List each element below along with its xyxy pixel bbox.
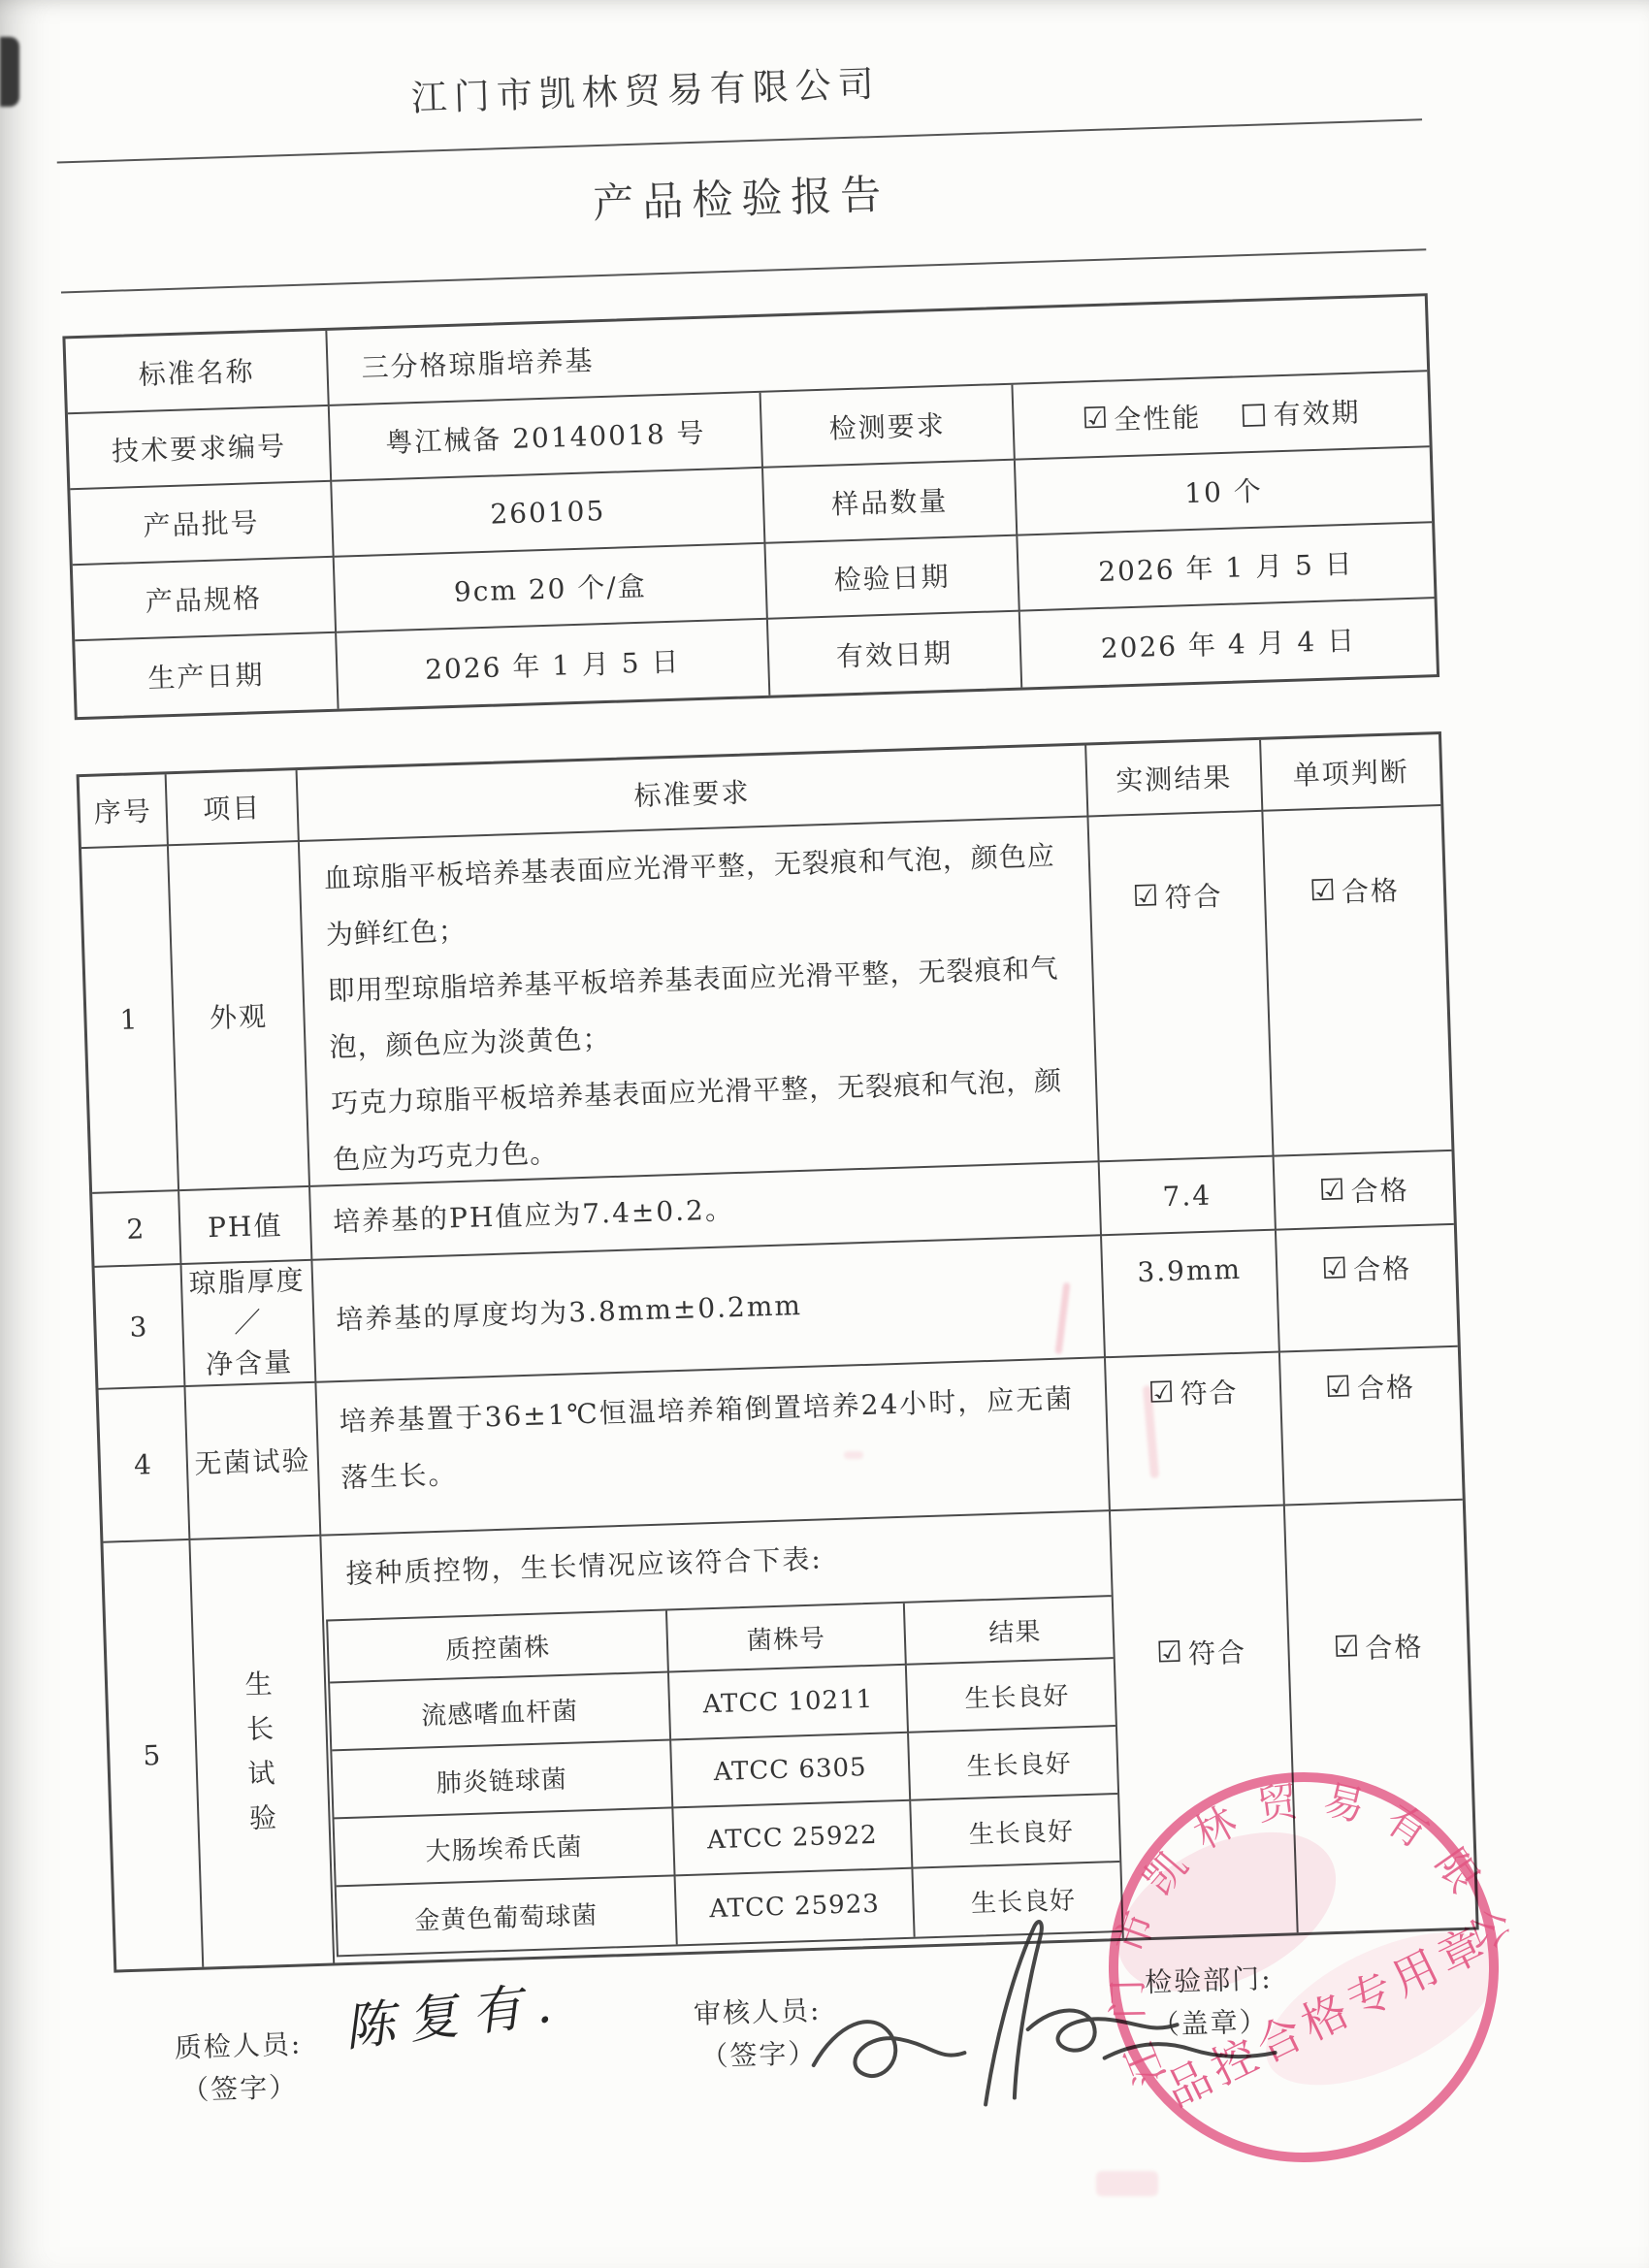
row-requirement: 血琼脂平板培养基表面应光滑平整，无裂痕和气泡，颜色应为鲜红色； 即用型琼脂培养基… — [300, 817, 1100, 1186]
checked-box-icon: ☑ — [1325, 1373, 1354, 1403]
standard-name-label: 标准名称 — [65, 331, 329, 414]
qc-signer-block: 质检人员: （签字） — [174, 2024, 304, 2113]
result-text: 符合 — [1164, 875, 1223, 916]
qc-signer-label: 质检人员: — [174, 2024, 303, 2070]
item-line: 净含量 — [191, 1342, 308, 1386]
result-checkbox: ☑ 符合 — [1132, 875, 1223, 917]
row-requirement: 接种质控物，生长情况应该符合下表: 质控菌株 菌株号 结果 流感嗜血杆菌 ATC… — [321, 1511, 1123, 1962]
checked-box-icon: ☑ — [1333, 1633, 1362, 1663]
checked-box-icon: ☑ — [1132, 882, 1161, 912]
scanned-page: 江门市凯林贸易有限公司 产品检验报告 标准名称 三分格琼脂培养基 技术要求编号 … — [0, 0, 1649, 2268]
row-judgment: ☑ 合格 — [1280, 1347, 1463, 1507]
report-title: 产品检验报告 — [58, 146, 1425, 246]
row-item: PH值 — [179, 1187, 312, 1265]
checkbox-label: 全性能 — [1114, 397, 1202, 438]
col-header-no: 序号 — [80, 774, 169, 849]
strain-no: ATCC 6305 — [671, 1733, 911, 1809]
test-req-value: ☑ 全性能 □ 有效期 — [1013, 372, 1429, 460]
row-no: 1 — [81, 846, 179, 1194]
result-checkbox: ☑ 符合 — [1148, 1372, 1239, 1413]
strain-no: ATCC 10211 — [669, 1666, 909, 1741]
judgment-checkbox: ☑ 合格 — [1321, 1247, 1412, 1289]
company-name: 江门市凯林贸易有限公司 — [0, 11, 1329, 135]
product-info-table: 标准名称 三分格琼脂培养基 技术要求编号 粤江械备 20140018 号 检测要… — [62, 293, 1439, 720]
strain-name: 流感嗜血杆菌 — [330, 1672, 671, 1751]
growth-col-strain: 质控菌株 — [328, 1611, 669, 1684]
qc-handwritten-signature: 陈复有. — [339, 1961, 568, 2060]
row-result: 3.9mm — [1102, 1231, 1280, 1359]
strain-name: 肺炎链球菌 — [332, 1740, 673, 1819]
row-requirement: 培养基置于36±1℃恒温培养箱倒置培养24小时，应无菌落生长。 — [316, 1358, 1111, 1536]
row-item: 琼脂厚度 ／ 净含量 — [182, 1261, 317, 1387]
row-item: 无菌试验 — [185, 1383, 321, 1540]
row-result: 7.4 — [1100, 1157, 1277, 1237]
row-no: 2 — [92, 1191, 181, 1268]
item-line: 琼脂厚度 — [188, 1261, 306, 1305]
checkbox-label: 有效期 — [1273, 391, 1361, 433]
checked-box-icon: ☑ — [1309, 876, 1339, 906]
batch-no-label: 产品批号 — [70, 482, 334, 566]
row-item: 生长试验 — [190, 1537, 335, 1967]
checked-box-icon: ☑ — [1321, 1254, 1350, 1284]
checked-box-icon: ☑ — [1318, 1176, 1347, 1206]
row-judgment: ☑ 合格 — [1277, 1225, 1458, 1353]
inspection-date-value: 2026 年 1 月 5 日 — [1018, 523, 1434, 611]
row-no: 4 — [99, 1387, 191, 1543]
col-header-judgment: 单项判断 — [1261, 734, 1440, 812]
judgment-text: 合格 — [1350, 1169, 1409, 1210]
judgment-checkbox: ☑ 合格 — [1309, 869, 1400, 911]
qc-sign-note: （签字） — [176, 2066, 305, 2113]
batch-no-value: 260105 — [332, 469, 765, 558]
title-divider — [61, 248, 1426, 293]
judgment-checkbox: ☑ 合格 — [1324, 1366, 1415, 1408]
sample-qty-value: 10 个 — [1016, 447, 1432, 535]
row-no: 3 — [95, 1265, 186, 1390]
tech-req-no-label: 技术要求编号 — [68, 406, 332, 490]
checkbox-validity-period: □ 有效期 — [1240, 391, 1362, 434]
judgment-text: 合格 — [1356, 1366, 1415, 1407]
item-vertical-text: 生长试验 — [242, 1662, 282, 1841]
strain-result: 生长良好 — [909, 1727, 1124, 1801]
test-req-label: 检测要求 — [761, 385, 1016, 469]
inspection-date-label: 检验日期 — [765, 536, 1019, 620]
judgment-checkbox: ☑ 合格 — [1318, 1169, 1409, 1211]
checkbox-full-performance: ☑ 全性能 — [1082, 397, 1202, 439]
spec-value: 9cm 20 个/盒 — [335, 544, 768, 633]
result-text: 符合 — [1187, 1632, 1246, 1672]
judgment-checkbox: ☑ 合格 — [1333, 1626, 1424, 1668]
result-checkbox: ☑ 符合 — [1155, 1632, 1246, 1673]
row-judgment: ☑ 合格 — [1263, 806, 1451, 1157]
red-ink-mark — [844, 1451, 863, 1459]
item-line: ／ — [189, 1301, 307, 1345]
judgment-text: 合格 — [1353, 1247, 1412, 1288]
expiry-date-label: 有效日期 — [768, 612, 1022, 696]
production-date-label: 生产日期 — [75, 633, 339, 717]
growth-col-strain-no: 菌株号 — [667, 1604, 907, 1673]
production-date-value: 2026 年 1 月 5 日 — [337, 620, 770, 709]
strain-result: 生长良好 — [907, 1659, 1124, 1733]
red-ink-mark — [1096, 2171, 1158, 2196]
growth-col-result: 结果 — [905, 1597, 1124, 1666]
col-header-item: 项目 — [167, 770, 300, 846]
strain-name: 大肠埃希氏菌 — [335, 1808, 676, 1887]
row-no: 5 — [103, 1540, 204, 1970]
strain-no: ATCC 25922 — [673, 1801, 913, 1877]
growth-table: 质控菌株 菌株号 结果 流感嗜血杆菌 ATCC 10211 生长良好 肺炎链球菌… — [326, 1595, 1124, 1958]
empty-box-icon: □ — [1240, 399, 1270, 429]
spec-label: 产品规格 — [73, 558, 337, 641]
checked-box-icon: ☑ — [1156, 1638, 1185, 1669]
checked-box-icon: ☑ — [1082, 405, 1111, 435]
strain-name: 金黄色葡萄球菌 — [337, 1876, 678, 1955]
tech-req-no-value: 粤江械备 20140018 号 — [330, 393, 763, 482]
expiry-date-value: 2026 年 4 月 4 日 — [1020, 599, 1437, 687]
result-text: 符合 — [1180, 1372, 1239, 1412]
row-item: 外观 — [169, 842, 310, 1191]
row-result: ☑ 符合 — [1106, 1353, 1285, 1512]
judgment-text: 合格 — [1341, 869, 1400, 910]
sample-qty-label: 样品数量 — [763, 461, 1018, 544]
col-header-result: 实测结果 — [1086, 740, 1263, 818]
judgment-text: 合格 — [1365, 1626, 1424, 1667]
row-judgment: ☑ 合格 — [1275, 1151, 1454, 1231]
row-result: ☑ 符合 — [1088, 812, 1274, 1162]
